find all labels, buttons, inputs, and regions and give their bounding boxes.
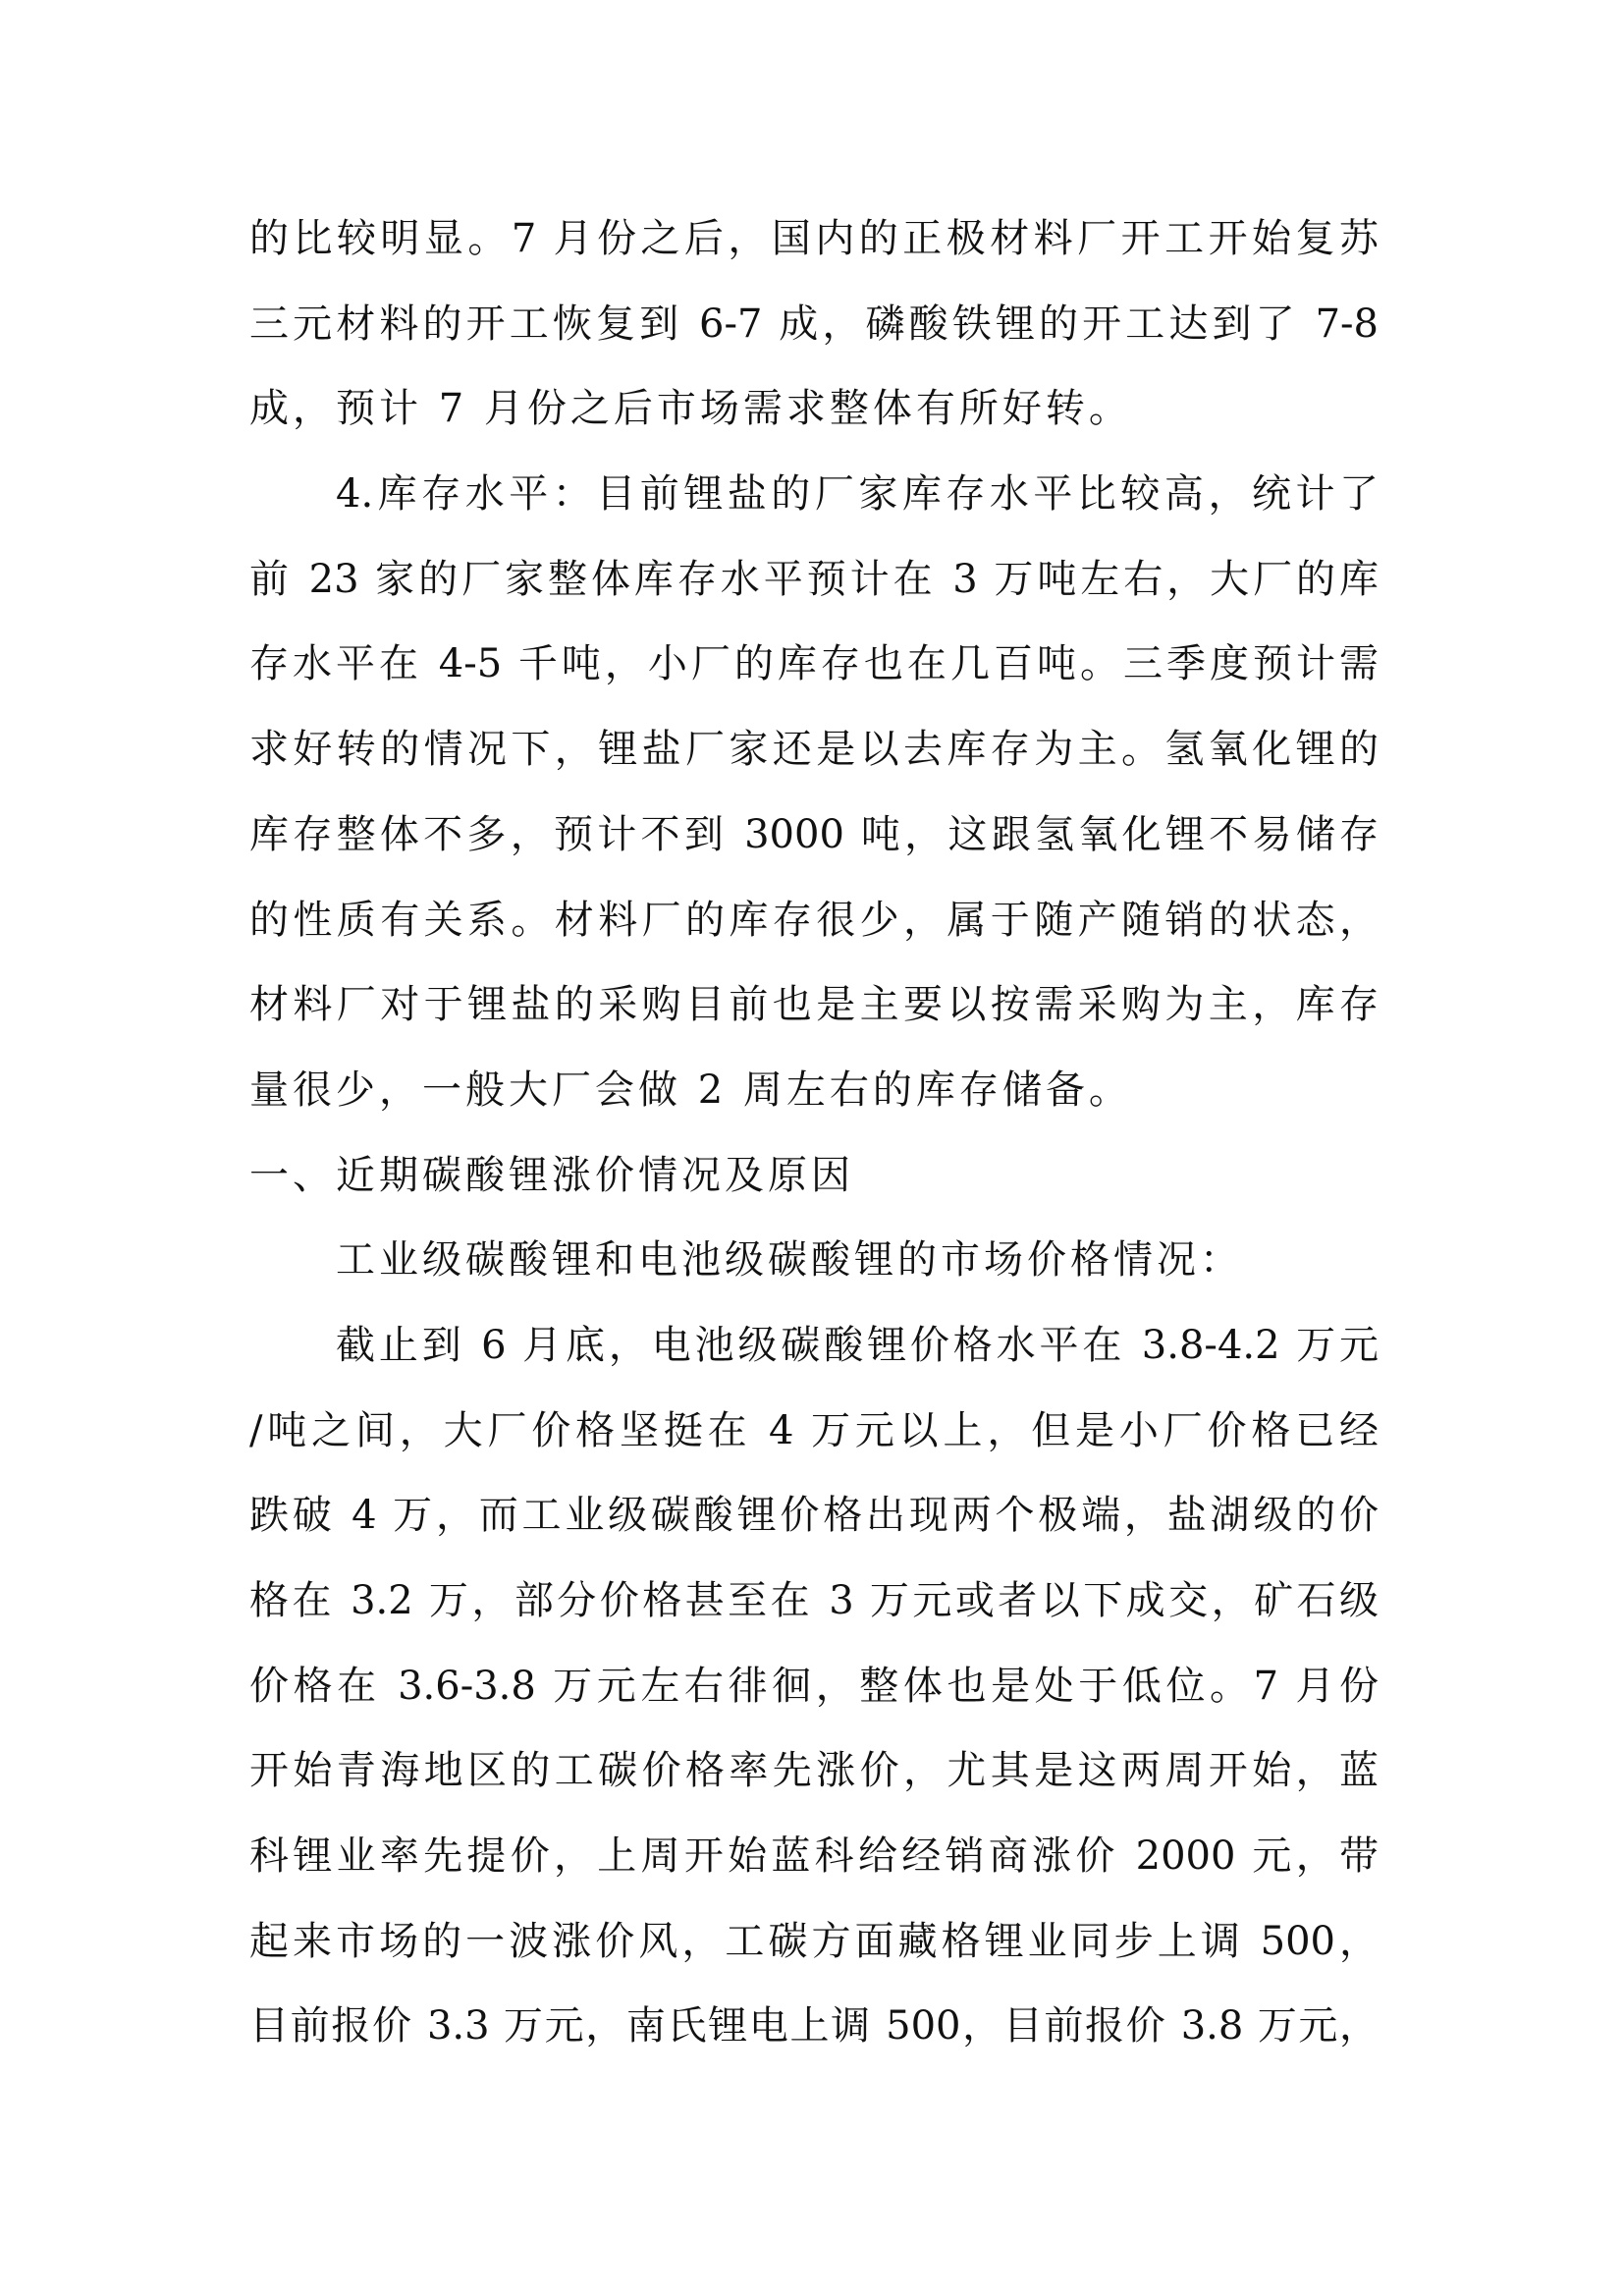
text-line: /吨之间，大厂价格坚挺在 4 万元以上，但是小厂价格已经 [249,1389,1379,1474]
text-line: 前 23 家的厂家整体库存水平预计在 3 万吨左右，大厂的库 [249,537,1379,623]
text-line: 开始青海地区的工碳价格率先涨价，尤其是这两周开始，蓝 [249,1728,1379,1814]
document-page: 的比较明显。7 月份之后，国内的正极材料厂开工开始复苏 三元材料的开工恢复到 6… [0,0,1623,2296]
text-line: 求好转的情况下，锂盐厂家还是以去库存为主。氢氧化锂的 [249,707,1379,793]
text-line: 跌破 4 万，而工业级碳酸锂价格出现两个极端，盐湖级的价 [249,1473,1379,1558]
paragraph-inventory-level: 4.库存水平：目前锂盐的厂家库存水平比较高，统计了 前 23 家的厂家整体库存水… [249,452,1379,1133]
text-line: 量很少，一般大厂会做 2 周左右的库存储备。 [249,1048,1379,1133]
document-body: 的比较明显。7 月份之后，国内的正极材料厂开工开始复苏 三元材料的开工恢复到 6… [249,196,1379,2069]
text-line: 库存整体不多，预计不到 3000 吨，这跟氢氧化锂不易储存 [249,793,1379,878]
paragraph-price-detail: 截止到 6 月底，电池级碳酸锂价格水平在 3.8-4.2 万元 /吨之间，大厂价… [249,1303,1379,2069]
text-line: 存水平在 4-5 千吨，小厂的库存也在几百吨。三季度预计需 [249,622,1379,707]
text-line: 起来市场的一波涨价风，工碳方面藏格锂业同步上调 500， [249,1899,1379,1985]
text-line: 成，预计 7 月份之后市场需求整体有所好转。 [249,366,1379,452]
text-line: 材料厂对于锂盐的采购目前也是主要以按需采购为主，库存 [249,962,1379,1048]
text-line: 价格在 3.6-3.8 万元左右徘徊，整体也是处于低位。7 月份 [249,1644,1379,1729]
text-line: 的性质有关系。材料厂的库存很少，属于随产随销的状态， [249,878,1379,963]
text-line: 科锂业率先提价，上周开始蓝科给经销商涨价 2000 元，带 [249,1814,1379,1899]
paragraph-demand-outlook: 的比较明显。7 月份之后，国内的正极材料厂开工开始复苏 三元材料的开工恢复到 6… [249,196,1379,452]
text-line: 格在 3.2 万，部分价格甚至在 3 万元或者以下成交，矿石级 [249,1558,1379,1644]
text-line: 的比较明显。7 月份之后，国内的正极材料厂开工开始复苏 [249,196,1379,282]
text-line: 工业级碳酸锂和电池级碳酸锂的市场价格情况： [249,1218,1379,1303]
paragraph-price-intro: 工业级碳酸锂和电池级碳酸锂的市场价格情况： [249,1218,1379,1303]
text-line: 截止到 6 月底，电池级碳酸锂价格水平在 3.8-4.2 万元 [249,1303,1379,1389]
section-heading: 一、近期碳酸锂涨价情况及原因 [249,1133,1379,1219]
text-line: 4.库存水平：目前锂盐的厂家库存水平比较高，统计了 [249,452,1379,537]
heading-line: 一、近期碳酸锂涨价情况及原因 [249,1133,1379,1219]
text-line: 三元材料的开工恢复到 6-7 成，磷酸铁锂的开工达到了 7-8 [249,282,1379,367]
text-line: 目前报价 3.3 万元，南氏锂电上调 500，目前报价 3.8 万元， [249,1984,1379,2069]
